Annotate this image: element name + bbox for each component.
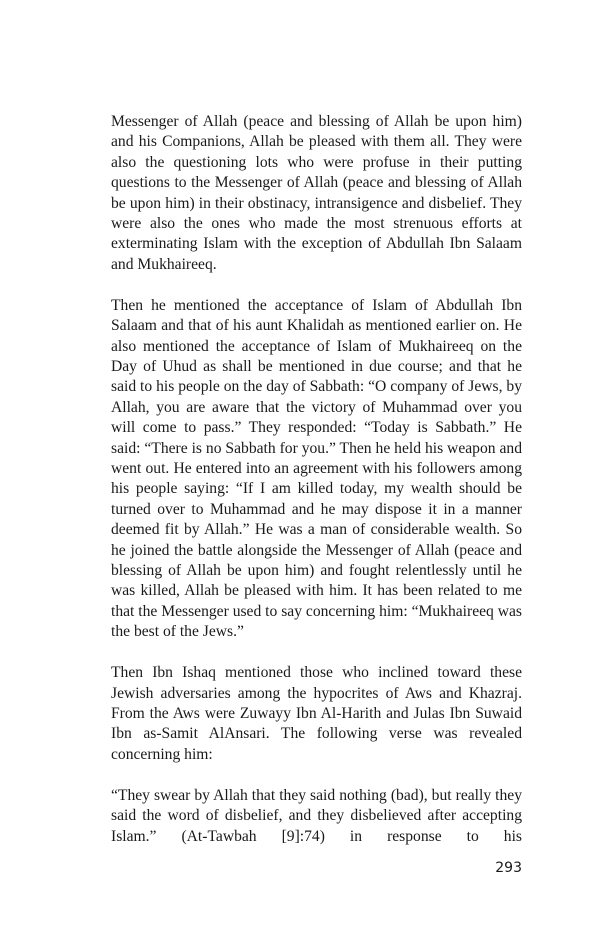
- paragraph-3: Then Ibn Ishaq mentioned those who incli…: [111, 663, 522, 765]
- paragraph-4: “They swear by Allah that they said noth…: [111, 786, 522, 847]
- document-body: Messenger of Allah (peace and blessing o…: [111, 112, 522, 847]
- paragraph-2: Then he mentioned the acceptance of Isla…: [111, 296, 522, 643]
- paragraph-1: Messenger of Allah (peace and blessing o…: [111, 112, 522, 275]
- page-number: 293: [495, 860, 522, 876]
